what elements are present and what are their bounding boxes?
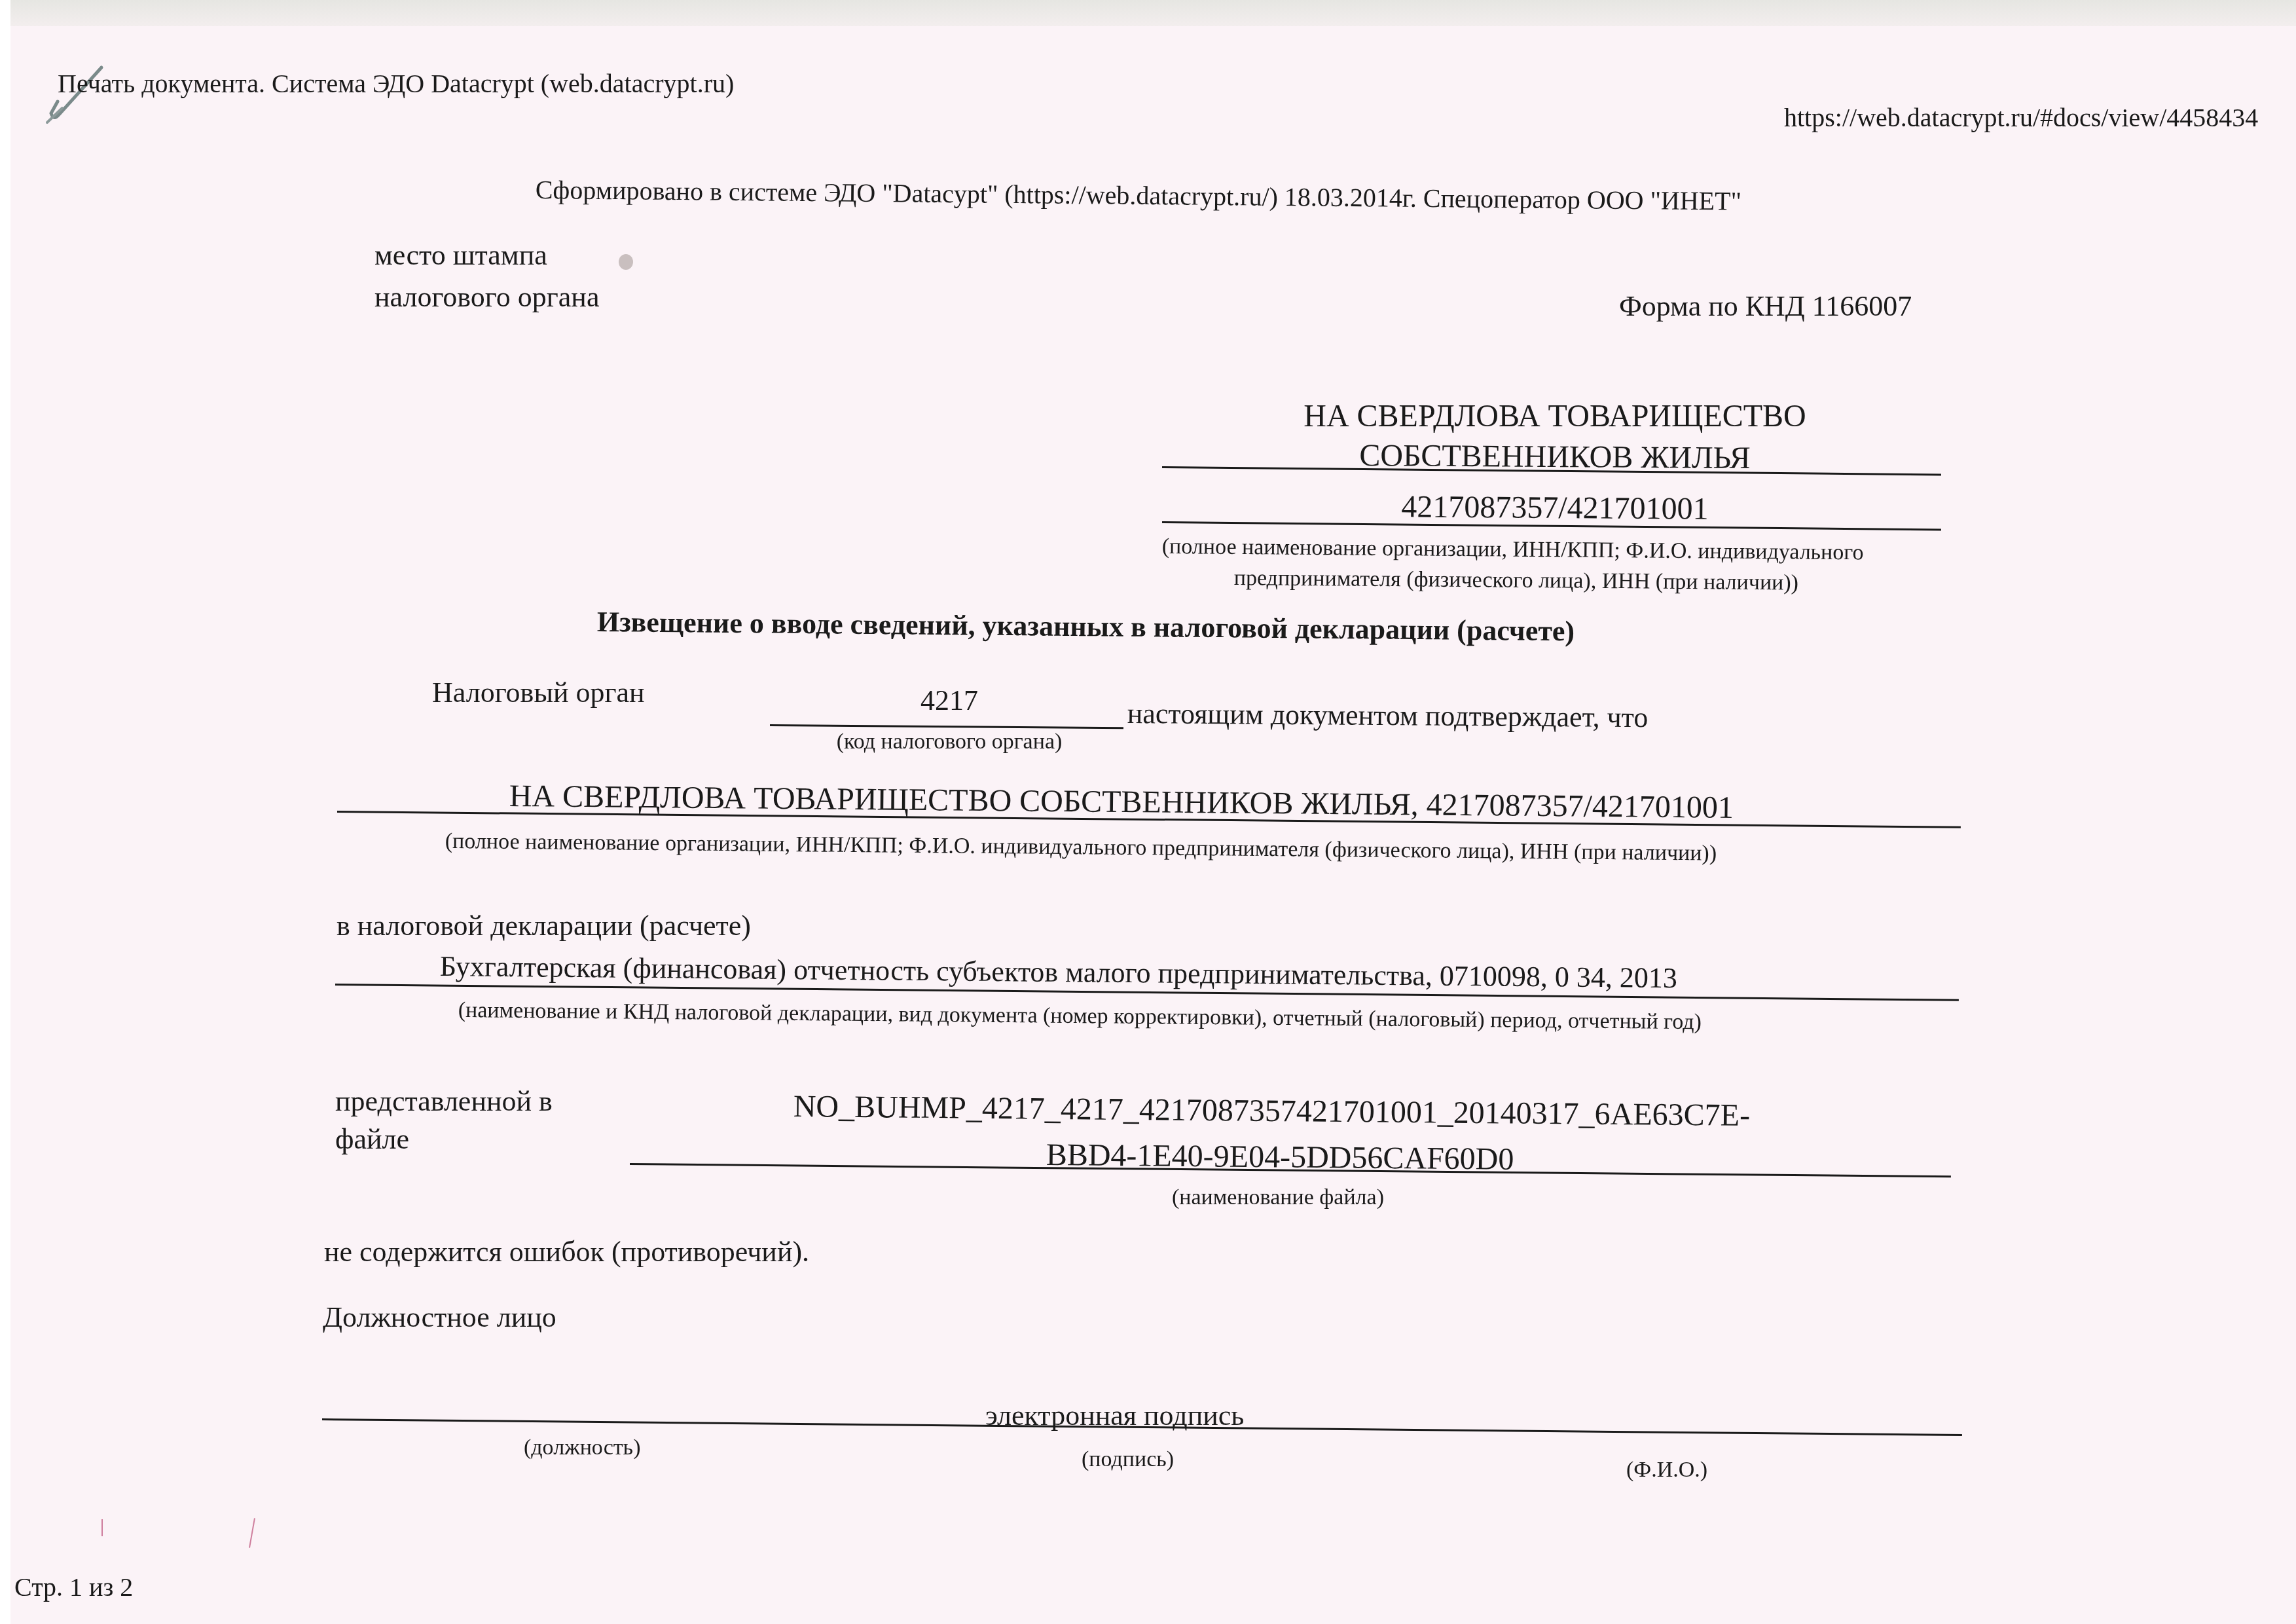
scan-mark xyxy=(249,1518,255,1548)
addressee-inn-kpp: 4217087357/421701001 xyxy=(1165,490,1944,526)
result-text: не содержится ошибок (противоречий). xyxy=(324,1238,809,1266)
declaration-label: в налоговой декларации (расчете) xyxy=(337,912,751,940)
addressee-name-line1: НА СВЕРДЛОВА ТОВАРИЩЕСТВО xyxy=(1165,401,1944,432)
print-header-url: https://web.datacrypt.ru/#docs/view/4458… xyxy=(1784,105,2258,131)
signature-caption: (подпись) xyxy=(1082,1449,1174,1471)
tax-authority-confirms: настоящим документом подтверждает, что xyxy=(1127,699,1649,732)
scan-mark xyxy=(101,1519,103,1536)
scan-top-edge xyxy=(0,0,2296,26)
name-caption: (Ф.И.О.) xyxy=(1626,1459,1707,1481)
print-header-left: Печать документа. Система ЭДО Datacrypt … xyxy=(58,71,734,97)
file-name-line1: NO_BUHMP_4217_4217_4217087357421701001_2… xyxy=(793,1091,1751,1132)
document-title: Извещение о вводе сведений, указанных в … xyxy=(597,608,1575,646)
taxpayer-value: НА СВЕРДЛОВА ТОВАРИЩЕСТВО СОБСТВЕННИКОВ … xyxy=(509,781,1734,824)
generated-note: Сформировано в системе ЭДО "Datacypt" (h… xyxy=(536,177,1741,215)
scan-left-edge xyxy=(0,0,10,1624)
page-number: Стр. 1 из 2 xyxy=(14,1574,133,1600)
declaration-caption: (наименование и КНД налоговой декларации… xyxy=(458,999,1702,1033)
scan-speck xyxy=(619,254,633,270)
tax-authority-code-rule xyxy=(770,724,1123,729)
tax-authority-label: Налоговый орган xyxy=(432,678,645,707)
stamp-place-line1: место штампа xyxy=(374,241,547,270)
form-code: Форма по КНД 1166007 xyxy=(1619,292,1912,321)
position-caption: (должность) xyxy=(524,1437,640,1459)
addressee-caption-line2: предпринимателя (физического лица), ИНН … xyxy=(1234,567,1798,595)
stamp-place-line2: налогового органа xyxy=(374,283,599,312)
file-name-caption: (наименование файла) xyxy=(1172,1187,1384,1209)
official-label: Должностное лицо xyxy=(323,1303,556,1332)
file-label-line1: представленной в xyxy=(335,1087,553,1116)
file-label-line2: файле xyxy=(335,1125,409,1154)
taxpayer-caption: (полное наименование организации, ИНН/КП… xyxy=(445,830,1717,865)
tax-authority-code-caption: (код налогового органа) xyxy=(773,731,1126,753)
addressee-caption-line1: (полное наименование организации, ИНН/КП… xyxy=(1162,536,1864,564)
tax-authority-code: 4217 xyxy=(773,686,1126,715)
